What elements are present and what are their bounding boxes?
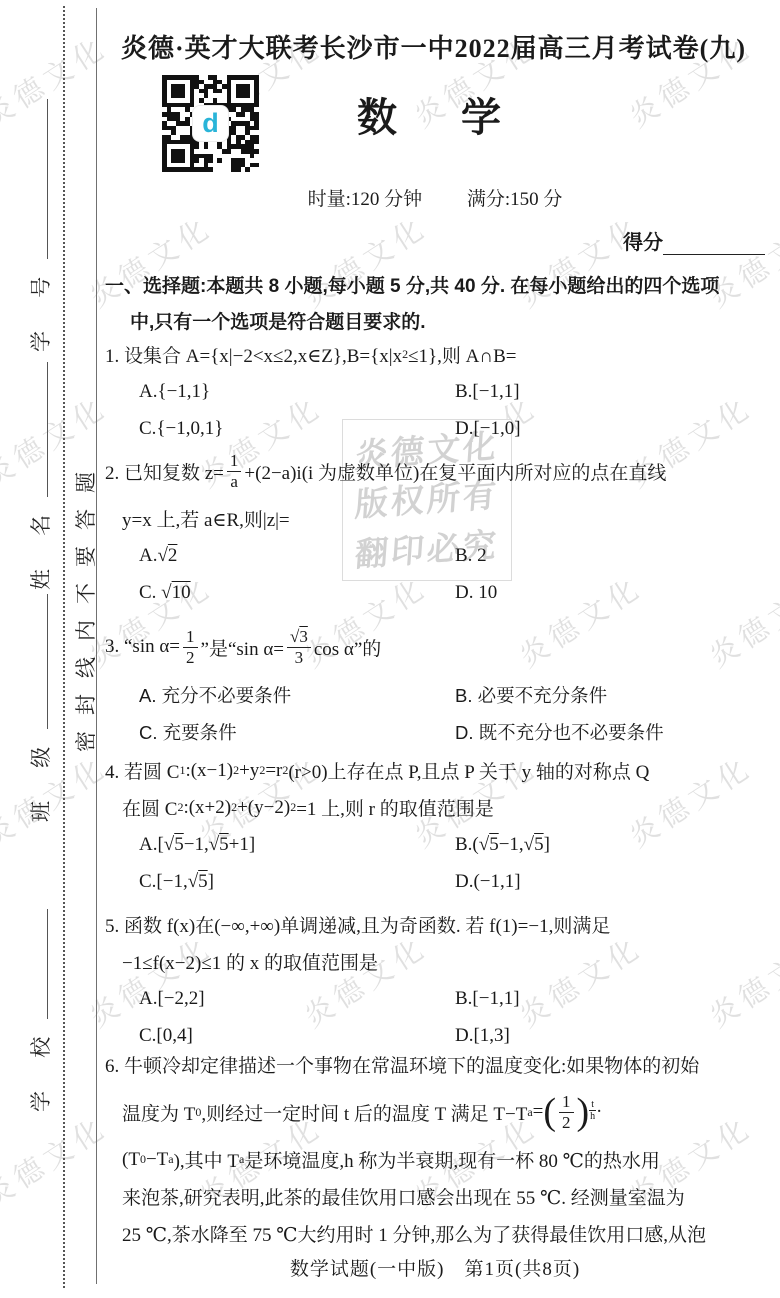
option-row: A. 充分不必要条件B. 必要不充分条件 [105, 676, 777, 713]
diagonal-watermark: 炎德文化 [0, 745, 115, 856]
question-line: 5. 函数 f(x)在(−∞,+∞)单调递减,且为奇函数. 若 f(1)=−1,… [105, 906, 777, 943]
score-field: 得分 [623, 226, 765, 255]
question-block-6: 6. 牛顿冷却定律描述一个事物在常温环境下的温度变化:如果物体的初始温度为 T0… [105, 1046, 777, 1252]
option-row: C.[−1,√5]D.(−1,1] [105, 863, 777, 900]
option-item: A.[√5−1,√5+1] [139, 826, 455, 863]
exam-page: 炎德文化炎德文化炎德文化炎德文化炎德文化炎德文化炎德文化炎德文化炎德文化炎德文化… [0, 0, 780, 1298]
blank-line [26, 909, 48, 1019]
question-line: −1≤f(x−2)≤1 的 x 的取值范围是 [105, 943, 777, 980]
option-item: C.[−1,√5] [139, 863, 455, 900]
question-block-1: 1. 设集合 A={x|−2<x≤2,x∈Z},B={x|x2≤1},则 A∩B… [105, 336, 777, 447]
option-row: C. √10D. 10 [105, 574, 777, 611]
question-line: 来泡茶,研究表明,此茶的最佳饮用口感会出现在 55 ℃. 经测量室温为 [105, 1178, 777, 1215]
score-label: 得分 [623, 226, 663, 255]
question-line: (T0−Ta),其中 Ta 是环境温度,h 称为半衰期,现有一杯 80 ℃的热水… [105, 1141, 777, 1178]
exam-title: 炎德·英才大联考长沙市一中2022届高三月考试卷(九) [95, 28, 772, 65]
option-item: A.[−2,2] [139, 980, 455, 1017]
option-item: A.√2 [139, 537, 455, 574]
option-item: A.{−1,1} [139, 373, 455, 410]
question-line: 在圆 C2:(x+2)2+(y−2)2=1 上,则 r 的取值范围是 [105, 789, 777, 826]
option-item: C. 充要条件 [139, 713, 455, 750]
fraction: √33 [287, 627, 311, 667]
fraction: 1a [227, 451, 242, 491]
fraction: th [589, 1099, 596, 1122]
student-info-label: 姓 名 [25, 362, 55, 590]
option-item: B. 2 [455, 537, 777, 574]
student-info-label: 学 号 [25, 99, 55, 352]
option-row: A.[−2,2]B.[−1,1] [105, 980, 777, 1017]
question-line: 温度为 T0,则经过一定时间 t 后的温度 T 满足 T−Ta = (12)th… [105, 1083, 777, 1141]
student-info-label: 班 级 [25, 594, 55, 822]
subject-title: 数 学 [105, 86, 765, 143]
option-item: B.(√5−1,√5] [455, 826, 777, 863]
blank-line [26, 362, 48, 497]
option-item: B. 必要不充分条件 [455, 676, 777, 713]
option-row: A.{−1,1}B.[−1,1] [105, 373, 777, 410]
question-line: 25 ℃,茶水降至 75 ℃大约用时 1 分钟,那么为了获得最佳饮用口感,从泡 [105, 1215, 777, 1252]
option-row: C. 充要条件D. 既不充分也不必要条件 [105, 713, 777, 750]
section-heading-line2: 中,只有一个选项是符合题目要求的. [105, 302, 773, 338]
option-item: B.[−1,1] [455, 373, 777, 410]
seal-dotted-line [63, 6, 65, 1288]
option-row: A.[√5−1,√5+1]B.(√5−1,√5] [105, 826, 777, 863]
question-line: 3. “sin α=12”是“sin α=√33cos α”的 [105, 618, 777, 676]
exam-meta-row: 时量:120 分钟 满分:150 分 [105, 184, 765, 211]
option-item: D. 既不充分也不必要条件 [455, 713, 777, 750]
question-line: y=x 上,若 a∈R,则|z|= [105, 500, 777, 537]
diagonal-watermark: 炎德文化 [0, 1105, 115, 1216]
student-info-label: 学 校 [25, 909, 55, 1112]
option-item: D. 10 [455, 574, 777, 611]
question-block-3: 3. “sin α=12”是“sin α=√33cos α”的A. 充分不必要条… [105, 618, 777, 750]
blank-line [26, 594, 48, 729]
question-block-4: 4. 若圆 C1:(x−1)2+y2=r2(r>0)上存在点 P,且点 P 关于… [105, 752, 777, 900]
full-score-text: 满分:150 分 [467, 189, 563, 210]
question-line: 4. 若圆 C1:(x−1)2+y2=r2(r>0)上存在点 P,且点 P 关于… [105, 752, 777, 789]
option-item: D.(−1,1] [455, 863, 777, 900]
diagonal-watermark: 炎德文化 [0, 385, 115, 496]
qr-module [254, 167, 259, 172]
question-line: 6. 牛顿冷却定律描述一个事物在常温环境下的温度变化:如果物体的初始 [105, 1046, 777, 1083]
option-item: B.[−1,1] [455, 980, 777, 1017]
section-heading: 一、选择题:本题共 8 小题,每小题 5 分,共 40 分. 在每小题给出的四个… [105, 266, 773, 338]
fraction: 12 [183, 627, 198, 667]
blank-line [26, 99, 48, 259]
question-line: 1. 设集合 A={x|−2<x≤2,x∈Z},B={x|x2≤1},则 A∩B… [105, 336, 777, 373]
fraction: 12 [559, 1092, 574, 1132]
seal-solid-line [96, 8, 97, 1284]
score-blank-line [663, 234, 765, 255]
page-footer: 数学试题(一中版) 第1页(共8页) [105, 1254, 765, 1281]
seal-warning-text: 密封线内不要答题 [70, 456, 100, 752]
question-block-5: 5. 函数 f(x)在(−∞,+∞)单调递减,且为奇函数. 若 f(1)=−1,… [105, 906, 777, 1054]
question-line: 2. 已知复数 z=1a+(2−a)i(i 为虚数单位)在复平面内所对应的点在直… [105, 442, 777, 500]
section-heading-line1: 一、选择题:本题共 8 小题,每小题 5 分,共 40 分. 在每小题给出的四个… [105, 266, 773, 302]
option-row: A.√2B. 2 [105, 537, 777, 574]
option-item: C. √10 [139, 574, 455, 611]
option-item: A. 充分不必要条件 [139, 676, 455, 713]
duration-text: 时量:120 分钟 [308, 189, 423, 210]
question-block-2: 2. 已知复数 z=1a+(2−a)i(i 为虚数单位)在复平面内所对应的点在直… [105, 442, 777, 611]
